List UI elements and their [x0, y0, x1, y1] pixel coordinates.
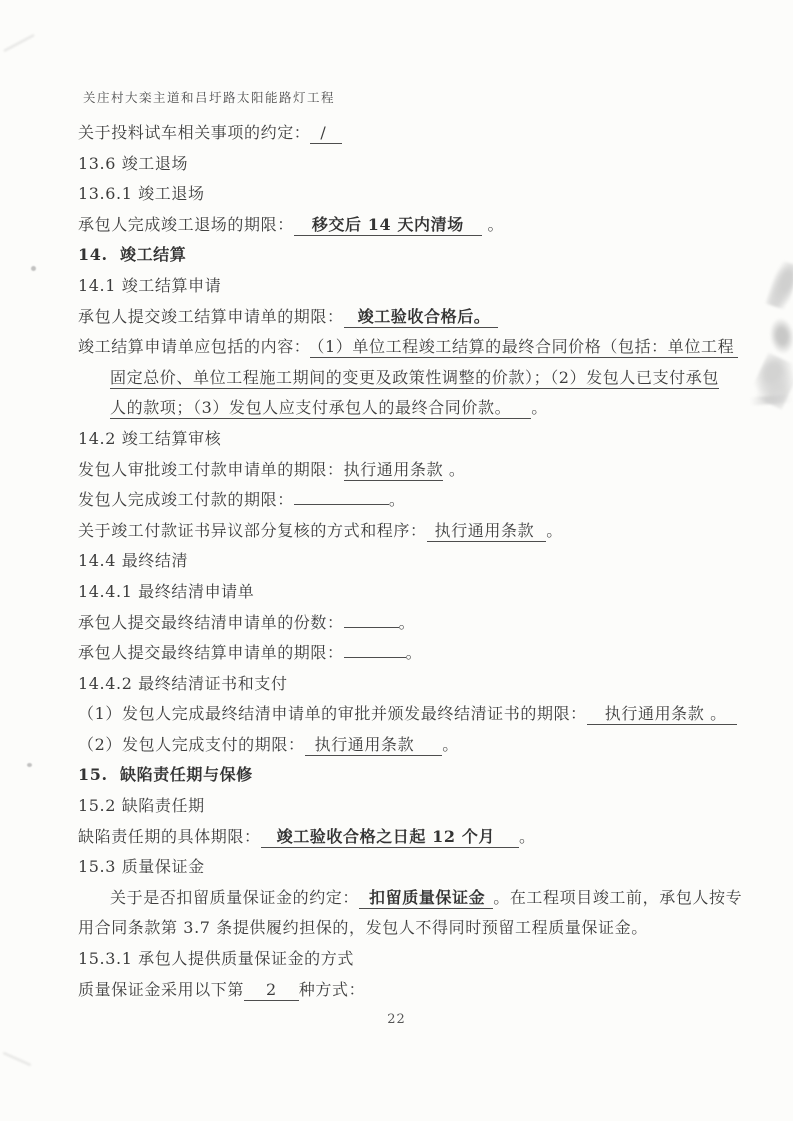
filled-in-value: 执行通用条款 — [427, 521, 547, 542]
line-text: 14.2 竣工结算审核 — [78, 429, 221, 448]
clause-final-application-copies: 承包人提交最终结清申请单的份数：。 — [78, 608, 753, 639]
line-text: 关于是否扣留质量保证金的约定： — [110, 888, 359, 907]
blank-underline — [294, 492, 389, 505]
line-text: 。 — [399, 613, 416, 632]
filled-in-value: 执行通用条款 — [344, 460, 444, 481]
scan-corner-artifact — [3, 1052, 31, 1066]
section-15-2: 15.2 缺陷责任期 — [78, 791, 753, 822]
line-text: 。 — [389, 490, 406, 509]
scan-corner-artifact — [4, 34, 35, 52]
clause-trial-run: 关于投料试车相关事项的约定：/ — [78, 118, 753, 149]
line-text: 13.6 竣工退场 — [78, 154, 188, 173]
filled-in-value: 扣留质量保证金 — [359, 888, 493, 909]
line-text: 用合同条款第 3.7 条提供履约担保的，发包人不得同时预留工程质量保证金。 — [78, 918, 648, 937]
clause-payment-completion-deadline: 发包人完成竣工付款的期限：。 — [78, 485, 753, 516]
line-text: 。 — [531, 398, 548, 417]
line-text: 15.2 缺陷责任期 — [78, 796, 205, 815]
section-14-2: 14.2 竣工结算审核 — [78, 424, 753, 455]
faint-seal-stamp-artifact — [765, 260, 793, 311]
section-14-4: 14.4 最终结清 — [78, 546, 753, 577]
page-number: 22 — [0, 1012, 793, 1027]
line-text: 。 — [443, 460, 465, 479]
section-14-1: 14.1 竣工结算申请 — [78, 271, 753, 302]
line-text: 。 — [519, 827, 536, 846]
filled-in-value: 固定总价、单位工程施工期间的变更及政策性调整的价款）；（2）发包人已支付承包 — [110, 368, 719, 389]
filled-in-value: 2 — [244, 980, 299, 1001]
section-13-6: 13.6 竣工退场 — [78, 149, 753, 180]
filled-in-value: （1）单位工程竣工结算的最终合同价格（包括：单位工程 — [310, 337, 738, 358]
line-text: 。 — [406, 643, 423, 662]
scan-speck — [31, 266, 36, 271]
scanned-contract-page: 关庄村大栾主道和吕圩路太阳能路灯工程 关于投料试车相关事项的约定：/13.6 竣… — [0, 0, 793, 1121]
line-text: 。 — [442, 735, 459, 754]
line-text: 。 — [482, 215, 504, 234]
line-text: 承包人提交竣工结算申请单的期限： — [78, 307, 344, 326]
scan-speck — [27, 763, 32, 767]
clause-settlement-apply-deadline: 承包人提交竣工结算申请单的期限：竣工验收合格后。 — [78, 302, 753, 333]
line-text: 承包人完成竣工退场的期限： — [78, 215, 294, 234]
line-text: 15.3.1 承包人提供质量保证金的方式 — [78, 949, 354, 968]
document-body: 关于投料试车相关事项的约定：/13.6 竣工退场13.6.1 竣工退场承包人完成… — [78, 118, 753, 1005]
section-14-4-1: 14.4.1 最终结清申请单 — [78, 577, 753, 608]
filled-in-value: 竣工验收合格之日起 12 个月 — [261, 827, 519, 848]
line-text: 14.1 竣工结算申请 — [78, 276, 221, 295]
line-text: 13.6.1 竣工退场 — [78, 184, 205, 203]
line-text: 竣工结算申请单应包括的内容： — [78, 337, 310, 356]
blank-underline — [344, 645, 406, 658]
clause-settlement-content-line1: 竣工结算申请单应包括的内容：（1）单位工程竣工结算的最终合同价格（包括：单位工程 — [78, 332, 753, 363]
line-text: 。 — [546, 521, 563, 540]
filled-in-value: 移交后 14 天内清场 — [294, 215, 482, 236]
line-text: 缺陷责任期的具体期限： — [78, 827, 261, 846]
filled-in-value: 人的款项；（3）发包人应支付承包人的最终合同价款。 — [110, 398, 531, 419]
line-text: 14.4.1 最终结清申请单 — [78, 582, 254, 601]
clause-exit-deadline: 承包人完成竣工退场的期限：移交后 14 天内清场 。 — [78, 210, 753, 241]
filled-in-value: 执行通用条款 。 — [587, 704, 737, 725]
clause-settlement-content-line3: 人的款项；（3）发包人应支付承包人的最终合同价款。。 — [78, 393, 753, 424]
line-text: 14. 竣工结算 — [78, 245, 186, 264]
clause-final-certificate-deadline: （1）发包人完成最终结清申请单的审批并颁发最终结清证书的期限：执行通用条款 。 — [78, 699, 753, 730]
section-15-3-1: 15.3.1 承包人提供质量保证金的方式 — [78, 944, 753, 975]
section-14-4-2: 14.4.2 最终结清证书和支付 — [78, 669, 753, 700]
clause-final-application-deadline: 承包人提交最终结算申请单的期限：。 — [78, 638, 753, 669]
clause-deposit-method: 质量保证金采用以下第2种方式： — [78, 975, 753, 1006]
filled-in-value: 竣工验收合格后。 — [344, 307, 499, 328]
faint-seal-stamp-artifact — [750, 395, 792, 406]
line-text: 承包人提交最终结清申请单的份数： — [78, 613, 344, 632]
blank-underline — [344, 615, 399, 628]
line-text: 15.3 质量保证金 — [78, 857, 205, 876]
line-text: 。在工程项目竣工前，承包人按专 — [493, 888, 742, 907]
line-text: 关于竣工付款证书异议部分复核的方式和程序： — [78, 521, 427, 540]
clause-quality-deposit-line2: 用合同条款第 3.7 条提供履约担保的，发包人不得同时预留工程质量保证金。 — [78, 913, 753, 944]
line-text: 质量保证金采用以下第 — [78, 980, 244, 999]
faint-seal-stamp-artifact — [768, 317, 793, 356]
clause-payment-approval-deadline: 发包人审批竣工付款申请单的期限：执行通用条款 。 — [78, 455, 753, 486]
line-text: 发包人审批竣工付款申请单的期限： — [78, 460, 344, 479]
clause-quality-deposit-line1: 关于是否扣留质量保证金的约定：扣留质量保证金。在工程项目竣工前，承包人按专 — [78, 883, 753, 914]
filled-in-value: 执行通用条款 — [305, 735, 443, 756]
section-15: 15. 缺陷责任期与保修 — [78, 760, 753, 791]
line-text: 14.4.2 最终结清证书和支付 — [78, 674, 288, 693]
clause-defect-liability-period: 缺陷责任期的具体期限：竣工验收合格之日起 12 个月。 — [78, 822, 753, 853]
line-text: 关于投料试车相关事项的约定： — [78, 123, 310, 142]
section-14: 14. 竣工结算 — [78, 240, 753, 271]
line-text: 14.4 最终结清 — [78, 551, 188, 570]
section-13-6-1: 13.6.1 竣工退场 — [78, 179, 753, 210]
section-15-3: 15.3 质量保证金 — [78, 852, 753, 883]
line-text: 种方式： — [299, 980, 365, 999]
line-text: （2）发包人完成支付的期限： — [78, 735, 305, 754]
clause-payment-certificate-review: 关于竣工付款证书异议部分复核的方式和程序：执行通用条款。 — [78, 516, 753, 547]
project-title-header: 关庄村大栾主道和吕圩路太阳能路灯工程 — [83, 88, 335, 106]
filled-in-value: / — [310, 123, 342, 144]
line-text: （1）发包人完成最终结清申请单的审批并颁发最终结清证书的期限： — [78, 704, 587, 723]
clause-final-payment-deadline: （2）发包人完成支付的期限：执行通用条款。 — [78, 730, 753, 761]
line-text: 15. 缺陷责任期与保修 — [78, 765, 253, 784]
clause-settlement-content-line2: 固定总价、单位工程施工期间的变更及政策性调整的价款）；（2）发包人已支付承包 — [78, 363, 753, 394]
line-text: 承包人提交最终结算申请单的期限： — [78, 643, 344, 662]
line-text: 发包人完成竣工付款的期限： — [78, 490, 294, 509]
